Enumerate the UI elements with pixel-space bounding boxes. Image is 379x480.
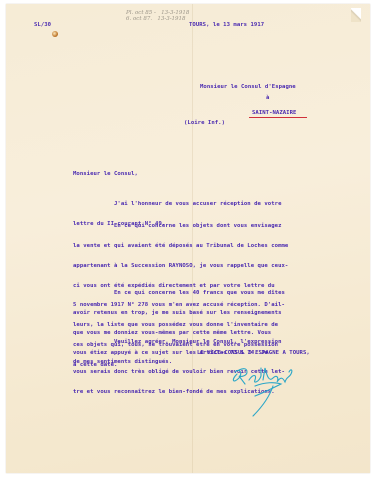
handwritten-signature bbox=[225, 360, 345, 420]
recipient-preposition: à bbox=[266, 95, 269, 102]
paragraph-line: la vente et qui avaient été déposés au T… bbox=[73, 243, 288, 250]
salutation: Monsieur le Consul, bbox=[73, 171, 138, 178]
folded-corner bbox=[351, 8, 361, 22]
reference-number: SL/30 bbox=[34, 22, 51, 29]
paragraph-line: En ce qui concerne les 40 francs que vou… bbox=[73, 290, 285, 297]
recipient-city: SAINT-NAZAIRE bbox=[252, 110, 296, 117]
recipient-region: (Loire Inf.) bbox=[184, 120, 225, 127]
city-underline bbox=[249, 117, 307, 118]
paragraph-line: avoir retenus en trop, je me suis basé s… bbox=[73, 310, 285, 317]
paragraph-line: En ce qui concerne les objets dont vous … bbox=[73, 223, 288, 230]
recipient-title: Monsieur le Consul d'Espagne bbox=[200, 84, 296, 91]
paragraph-line: appartenant à la Succession RAYNOSO, je … bbox=[73, 263, 288, 270]
pencil-note-2: 6. oct 87. 13-3-1918 bbox=[126, 16, 186, 22]
paragraph-line: J'ai l'honneur de vous accuser réception… bbox=[73, 201, 281, 208]
pin-hole bbox=[52, 31, 58, 37]
date-line: TOURS, le 13 mars 1917 bbox=[189, 22, 264, 29]
signature-title: LE VICE-CONSUL D'ESPAGNE A TOURS, bbox=[197, 350, 310, 357]
paragraph-line: Veuillez agréer, Monsieur le Consul, l'e… bbox=[73, 339, 281, 346]
